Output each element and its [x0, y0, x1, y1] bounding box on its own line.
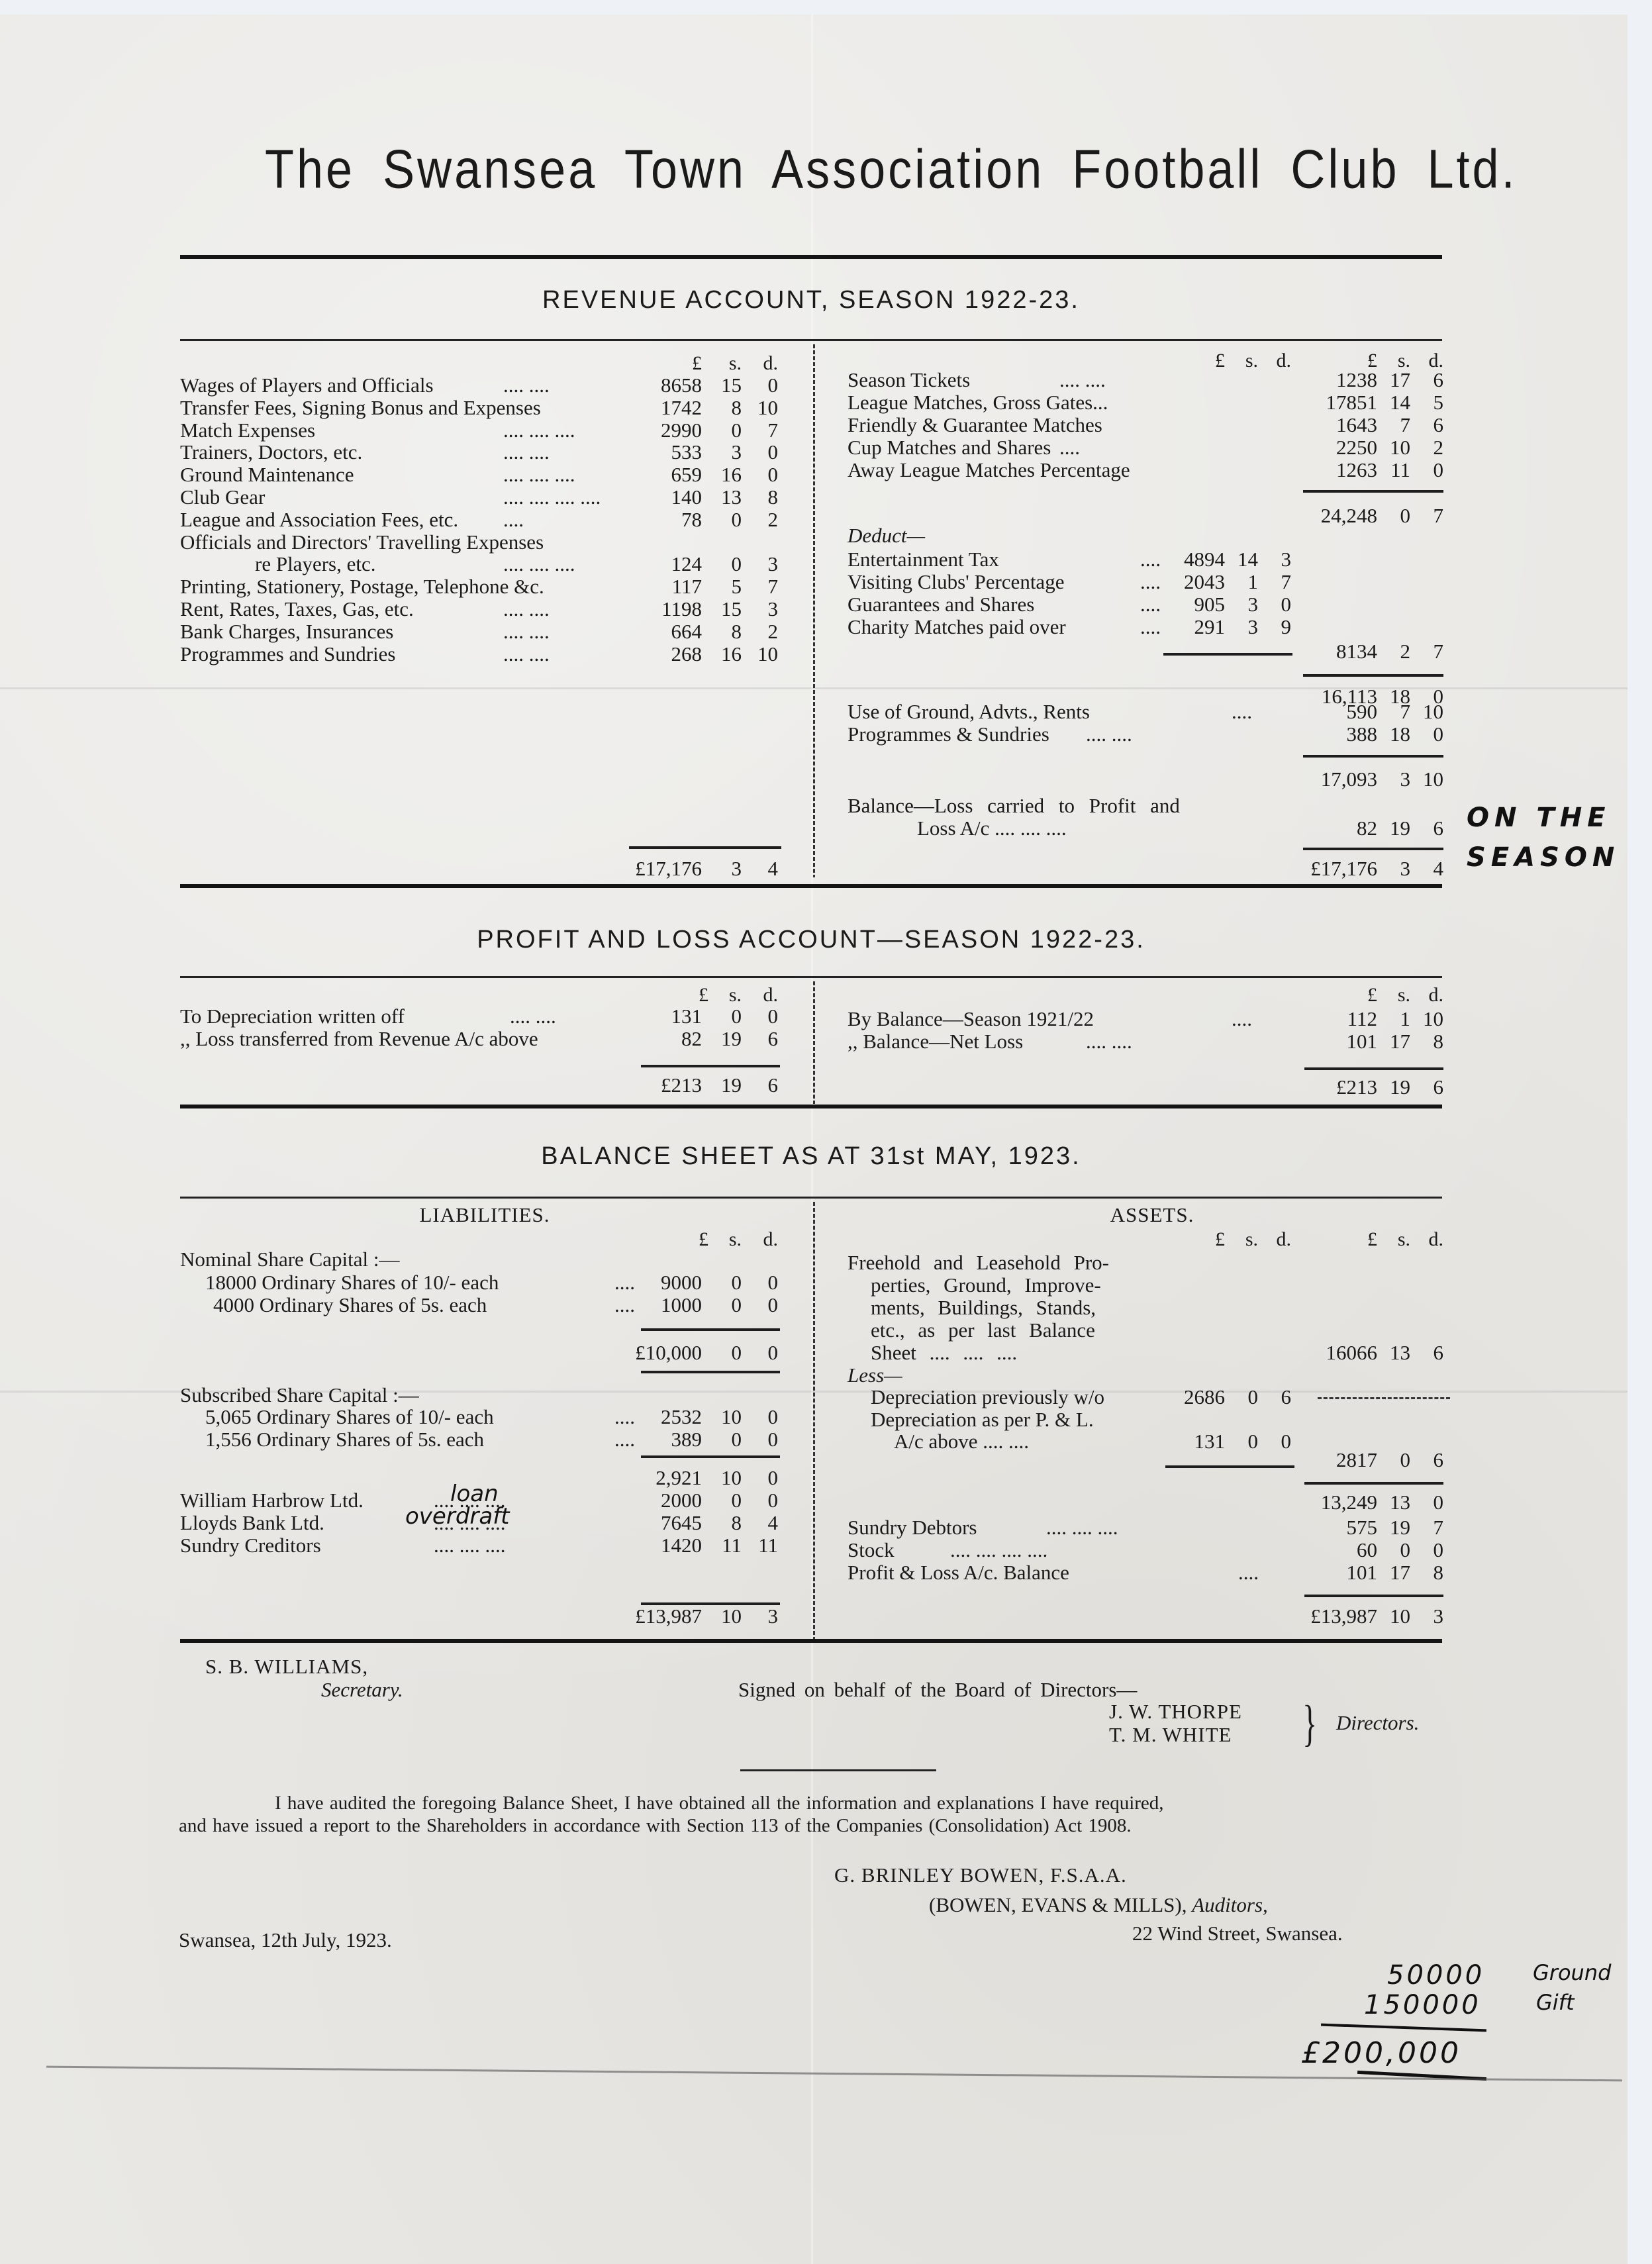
- shillings-value: 0: [708, 509, 742, 531]
- pence-value: 9: [1258, 616, 1291, 638]
- leader-dots: .... .... ....: [503, 464, 575, 486]
- total-rule: [1303, 848, 1443, 850]
- row-label: League and Association Fees, etc.: [180, 509, 458, 531]
- pence-value: 0: [1410, 1539, 1443, 1561]
- property-description-line: perties, Ground, Improve-: [871, 1274, 1101, 1297]
- pounds-value: 1742: [596, 397, 702, 419]
- pence-value: 6: [1410, 369, 1443, 391]
- pence-value: 0: [745, 1489, 778, 1512]
- shillings-value: 3: [1225, 616, 1258, 638]
- audit-statement-line: and have issued a report to the Sharehol…: [179, 1814, 1132, 1837]
- pounds-value: 9000: [596, 1271, 702, 1294]
- pounds-value: 7645: [596, 1512, 702, 1534]
- pounds-value: 8658: [596, 374, 702, 397]
- pence-value: 0: [1410, 459, 1443, 481]
- shillings-value: 0: [708, 419, 742, 442]
- assets-heading: ASSETS.: [821, 1204, 1483, 1226]
- leader-dots: .... ....: [510, 1005, 556, 1028]
- total-rule: [1304, 1595, 1443, 1597]
- auditor-address: 22 Wind Street, Swansea.: [1132, 1922, 1343, 1945]
- total-rule: [641, 1455, 780, 1458]
- handwritten-annotation: loan: [450, 1483, 499, 1505]
- depreciation-current-label: Depreciation as per P. & L.: [871, 1408, 1094, 1431]
- row-label: Stock: [848, 1539, 895, 1561]
- pence-value: 10: [745, 397, 778, 419]
- shillings-value: 0: [708, 1005, 742, 1028]
- shillings-value: 15: [708, 598, 742, 620]
- pounds-value: 124: [596, 553, 702, 575]
- pence-value: 3: [745, 553, 778, 575]
- pence-value: 6: [745, 1028, 778, 1050]
- column-divider: [813, 981, 815, 1104]
- row-label: Club Gear: [180, 486, 265, 509]
- pounds-value: 140: [596, 486, 702, 509]
- divider: [180, 339, 1442, 341]
- property-description-line: Freehold and Leasehold Pro-: [848, 1252, 1109, 1274]
- pence-value: 11: [745, 1534, 778, 1557]
- balance-sheet-heading: BALANCE SHEET AS AT 31st MAY, 1923.: [180, 1142, 1442, 1171]
- property-description-line: etc., as per last Balance: [871, 1319, 1095, 1342]
- pence-value: 8: [745, 486, 778, 509]
- divider: [180, 1639, 1442, 1643]
- pounds-value: 112: [1271, 1008, 1377, 1030]
- total-rule: [1303, 490, 1443, 493]
- pounds-value: 590: [1271, 701, 1377, 723]
- leader-dots: ....: [503, 509, 524, 531]
- pence-value: 3: [745, 598, 778, 620]
- pence-value: 10: [1410, 1008, 1443, 1030]
- row-label: Entertainment Tax: [848, 548, 999, 571]
- pounds-value: 2532: [596, 1406, 702, 1428]
- pence-value: 7: [1410, 1516, 1443, 1539]
- pounds-value: 17851: [1271, 391, 1377, 414]
- divider: [180, 976, 1442, 978]
- total-rule: [1303, 674, 1443, 677]
- balance-loss-label-cont: Loss A/c .... .... ....: [917, 817, 1067, 840]
- divider: [180, 884, 1442, 888]
- shillings-value: 0: [708, 1428, 742, 1451]
- pounds-value: 268: [596, 643, 702, 665]
- pence-value: 0: [1410, 723, 1443, 746]
- revenue-account-heading: REVENUE ACCOUNT, SEASON 1922-23.: [180, 286, 1442, 315]
- row-label: Use of Ground, Advts., Rents: [848, 701, 1090, 723]
- handwritten-note: Ground: [1533, 1960, 1611, 1985]
- profit-loss-heading: PROFIT AND LOSS ACCOUNT—SEASON 1922-23.: [180, 926, 1442, 954]
- subscribed-capital-label: Subscribed Share Capital :—: [180, 1384, 419, 1406]
- leader-dots: .... ....: [1086, 723, 1132, 746]
- pounds-value: 82: [596, 1028, 702, 1050]
- shillings-value: 0: [708, 1271, 742, 1294]
- leader-dots: .... .... ....: [434, 1534, 506, 1557]
- total-rule: [1304, 1482, 1443, 1485]
- leader-dots: ....: [1232, 1008, 1252, 1030]
- shillings-value: 1: [1377, 1008, 1410, 1030]
- pence-value: 10: [1410, 701, 1443, 723]
- shillings-value: 16: [708, 464, 742, 486]
- pounds-value: 1420: [596, 1534, 702, 1557]
- divider: [180, 1105, 1442, 1108]
- pence-value: 0: [745, 1005, 778, 1028]
- row-label: Rent, Rates, Taxes, Gas, etc.: [180, 598, 414, 620]
- row-label: Match Expenses: [180, 419, 315, 442]
- row-label: Friendly & Guarantee Matches: [848, 414, 1102, 436]
- row-label: ,, Balance—Net Loss: [848, 1030, 1023, 1053]
- total-rule: [641, 1065, 780, 1067]
- row-label: Printing, Stationery, Postage, Telephone…: [180, 575, 544, 598]
- pounds-value: 1263: [1271, 459, 1377, 481]
- row-label: Programmes and Sundries: [180, 643, 395, 665]
- column-divider: [813, 1202, 815, 1639]
- row-label: Guarantees and Shares: [848, 593, 1034, 616]
- pounds-value: 388: [1271, 723, 1377, 746]
- pence-value: 0: [745, 464, 778, 486]
- row-label: Season Tickets: [848, 369, 970, 391]
- divider: [180, 255, 1442, 259]
- leader-dots: .... ....: [503, 643, 550, 665]
- leader-dots: .... ....: [503, 598, 550, 620]
- shillings-value: 8: [708, 620, 742, 643]
- shillings-value: 3: [708, 441, 742, 464]
- shillings-value: 0: [708, 1489, 742, 1512]
- row-label: Cup Matches and Shares: [848, 436, 1051, 459]
- handwritten-amount: 50000: [1387, 1960, 1484, 1991]
- shillings-value: 16: [708, 643, 742, 665]
- shillings-value: 13: [708, 486, 742, 509]
- row-label: Officials and Directors' Travelling Expe…: [180, 531, 544, 554]
- shillings-value: 14: [1377, 391, 1410, 414]
- leader-dots: .... .... .... ....: [503, 486, 601, 509]
- row-label: Away League Matches Percentage: [848, 459, 1130, 481]
- leader-dots: .... ....: [503, 620, 550, 643]
- auditor-firm-line: (BOWEN, EVANS & MILLS), Auditors,: [929, 1894, 1268, 1916]
- audit-statement-line: I have audited the foregoing Balance She…: [275, 1792, 1164, 1814]
- total-rule: [1304, 1067, 1443, 1070]
- shillings-value: 5: [708, 575, 742, 598]
- shillings-value: 7: [1377, 414, 1410, 436]
- auditor-name: G. BRINLEY BOWEN, F.S.A.A.: [834, 1864, 1127, 1887]
- pounds-value: 78: [596, 509, 702, 531]
- pence-value: 0: [745, 1294, 778, 1316]
- shillings-value: 11: [1377, 459, 1410, 481]
- handwritten-total: £200,000: [1301, 2036, 1461, 2070]
- pence-value: 0: [1258, 593, 1291, 616]
- shillings-value: 11: [708, 1534, 742, 1557]
- dashed-line: [1318, 1397, 1450, 1399]
- shillings-value: 3: [1225, 593, 1258, 616]
- shillings-value: 0: [708, 1294, 742, 1316]
- row-label: Lloyds Bank Ltd.: [180, 1512, 324, 1534]
- shillings-value: 14: [1225, 548, 1258, 571]
- pounds-value: 905: [1152, 593, 1225, 616]
- director-name: J. W. THORPE: [1109, 1700, 1242, 1723]
- secretary-name: S. B. WILLIAMS,: [205, 1655, 368, 1678]
- property-description-line: ments, Buildings, Stands,: [871, 1297, 1096, 1319]
- pounds-value: 2250: [1271, 436, 1377, 459]
- pounds-value: 4894: [1152, 548, 1225, 571]
- pounds-value: 291: [1152, 616, 1225, 638]
- pence-value: 2: [745, 620, 778, 643]
- pounds-value: 533: [596, 441, 702, 464]
- row-label: Sundry Creditors: [180, 1534, 321, 1557]
- row-label: 5,065 Ordinary Shares of 10/- each: [205, 1406, 494, 1428]
- divider: [180, 1197, 1442, 1199]
- pounds-value: 1000: [596, 1294, 702, 1316]
- leader-dots: ....: [1232, 701, 1252, 723]
- row-label: ,, Loss transferred from Revenue A/c abo…: [180, 1028, 538, 1050]
- shillings-value: 10: [1377, 436, 1410, 459]
- row-label: Wages of Players and Officials: [180, 374, 434, 397]
- row-label: Ground Maintenance: [180, 464, 354, 486]
- shillings-value: 8: [708, 397, 742, 419]
- row-label: Programmes & Sundries: [848, 723, 1049, 746]
- row-label: 1,556 Ordinary Shares of 5s. each: [205, 1428, 484, 1451]
- director-name: T. M. WHITE: [1109, 1724, 1232, 1746]
- row-label: Transfer Fees, Signing Bonus and Expense…: [180, 397, 541, 419]
- handwritten-note: Gift: [1536, 1990, 1575, 2015]
- pounds-value: 1238: [1271, 369, 1377, 391]
- pounds-value: 389: [596, 1428, 702, 1451]
- leader-dots: ....: [1059, 436, 1080, 459]
- pence-value: 0: [745, 1406, 778, 1428]
- pence-value: 7: [745, 419, 778, 442]
- pence-value: 5: [1410, 391, 1443, 414]
- handwritten-note: ON THE: [1467, 803, 1611, 833]
- board-signed-line: Signed on behalf of the Board of Directo…: [738, 1679, 1137, 1701]
- shillings-value: 7: [1377, 701, 1410, 723]
- row-label: William Harbrow Ltd.: [180, 1489, 364, 1512]
- total-rule: [641, 1328, 780, 1331]
- handwritten-annotation: overdraft: [405, 1505, 510, 1528]
- shillings-value: 19: [708, 1028, 742, 1050]
- row-label: Sundry Debtors: [848, 1516, 977, 1539]
- pounds-value: 575: [1271, 1516, 1377, 1539]
- pounds-value: 60: [1271, 1539, 1377, 1561]
- pence-value: 8: [1410, 1561, 1443, 1584]
- pounds-value: 664: [596, 620, 702, 643]
- row-label: 4000 Ordinary Shares of 5s. each: [213, 1294, 487, 1316]
- leader-dots: .... ....: [503, 441, 550, 464]
- pounds-value: 659: [596, 464, 702, 486]
- shillings-value: 17: [1377, 1030, 1410, 1053]
- shillings-value: 10: [708, 1406, 742, 1428]
- pounds-value: 1198: [596, 598, 702, 620]
- leader-dots: .... .... .... ....: [950, 1539, 1047, 1561]
- pence-value: 0: [745, 1428, 778, 1451]
- total-rule: [641, 1371, 780, 1373]
- pounds-value: 101: [1271, 1030, 1377, 1053]
- row-label: Charity Matches paid over: [848, 616, 1066, 638]
- leader-dots: ....: [1238, 1561, 1259, 1584]
- less-label: Less—: [848, 1364, 902, 1387]
- leader-dots: .... ....: [503, 374, 550, 397]
- leader-dots: .... .... ....: [1046, 1516, 1118, 1539]
- pounds-value: 1643: [1271, 414, 1377, 436]
- property-description-line: Sheet .... .... ....: [871, 1342, 1017, 1364]
- leader-dots: .... .... ....: [503, 553, 575, 575]
- row-label: re Players, etc.: [255, 553, 375, 575]
- row-label: League Matches, Gross Gates...: [848, 391, 1108, 414]
- row-label: To Depreciation written off: [180, 1005, 405, 1028]
- pence-value: 0: [745, 1271, 778, 1294]
- shillings-value: 19: [1377, 1516, 1410, 1539]
- pence-value: 2: [1410, 436, 1443, 459]
- document-title: The Swansea Town Association Football Cl…: [265, 138, 1390, 201]
- pounds-value: 101: [1271, 1561, 1377, 1584]
- shillings-value: 8: [708, 1512, 742, 1534]
- shillings-value: 0: [1377, 1539, 1410, 1561]
- brace-icon: }: [1302, 1700, 1317, 1747]
- pence-value: 2: [745, 509, 778, 531]
- pence-value: 7: [1258, 571, 1291, 593]
- handwritten-note: SEASON: [1467, 842, 1620, 873]
- leader-dots: .... ....: [1086, 1030, 1132, 1053]
- secretary-title: Secretary.: [321, 1679, 403, 1701]
- shillings-value: 17: [1377, 369, 1410, 391]
- balance-loss-label: Balance—Loss carried to Profit and: [848, 795, 1180, 817]
- row-label: Visiting Clubs' Percentage: [848, 571, 1064, 593]
- pounds-value: 117: [596, 575, 702, 598]
- divider: [740, 1769, 936, 1771]
- liabilities-heading: LIABILITIES.: [180, 1204, 789, 1226]
- pence-value: 10: [745, 643, 778, 665]
- row-label: Trainers, Doctors, etc.: [180, 441, 362, 464]
- row-label: 18000 Ordinary Shares of 10/- each: [205, 1271, 499, 1294]
- nominal-capital-label: Nominal Share Capital :—: [180, 1248, 399, 1271]
- handwritten-amount: 150000: [1364, 1990, 1481, 2020]
- leader-dots: .... .... ....: [503, 419, 575, 442]
- pence-value: 7: [745, 575, 778, 598]
- pence-value: 3: [1258, 548, 1291, 571]
- shillings-value: 0: [708, 553, 742, 575]
- pounds-value: 131: [596, 1005, 702, 1028]
- place-and-date: Swansea, 12th July, 1923.: [179, 1929, 392, 1951]
- total-rule: [1303, 755, 1443, 758]
- row-label: Bank Charges, Insurances: [180, 620, 393, 643]
- shillings-value: 18: [1377, 723, 1410, 746]
- column-divider: [813, 344, 815, 877]
- directors-label: Directors.: [1336, 1712, 1419, 1734]
- row-label: Profit & Loss A/c. Balance: [848, 1561, 1069, 1584]
- pounds-value: 2043: [1152, 571, 1225, 593]
- row-label: By Balance—Season 1921/22: [848, 1008, 1094, 1030]
- pence-value: 0: [745, 441, 778, 464]
- deduct-label: Deduct—: [848, 524, 925, 547]
- pence-value: 4: [745, 1512, 778, 1534]
- pence-value: 6: [1410, 414, 1443, 436]
- pence-value: 0: [745, 374, 778, 397]
- shillings-value: 17: [1377, 1561, 1410, 1584]
- pence-value: 8: [1410, 1030, 1443, 1053]
- shillings-value: 15: [708, 374, 742, 397]
- shillings-value: 1: [1225, 571, 1258, 593]
- leader-dots: .... ....: [1059, 369, 1106, 391]
- total-rule: [629, 846, 781, 849]
- pounds-value: 2000: [596, 1489, 702, 1512]
- pounds-value: 2990: [596, 419, 702, 442]
